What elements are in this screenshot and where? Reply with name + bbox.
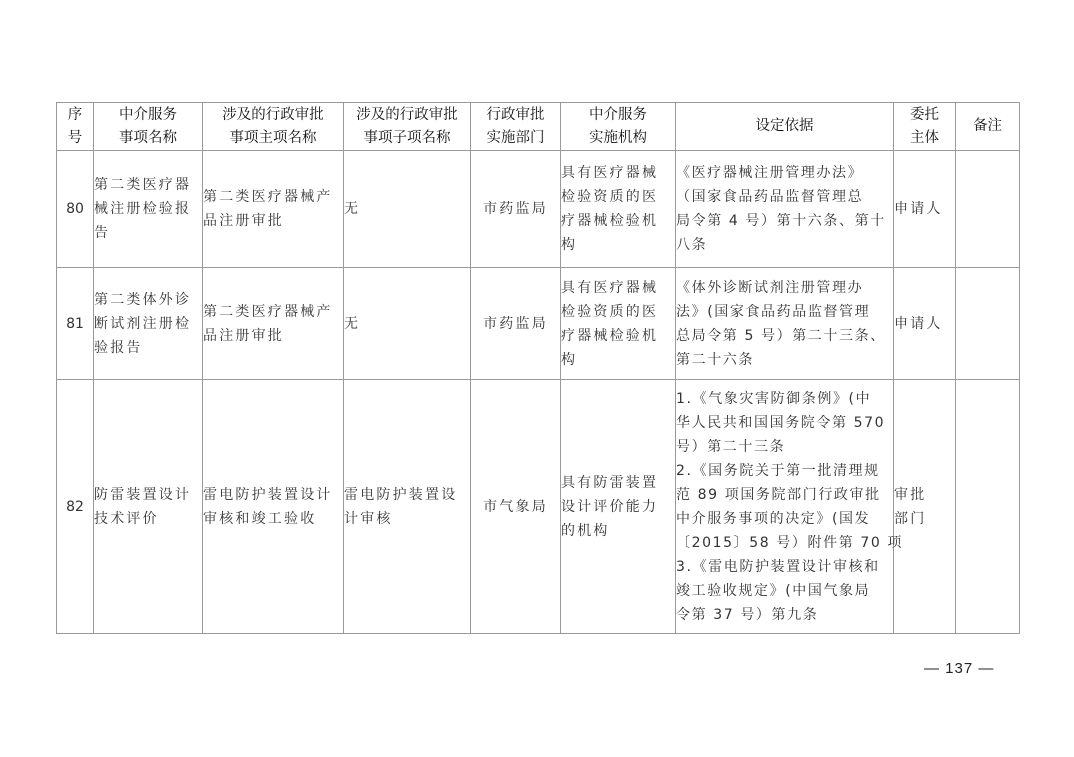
- cell-main-item: 第二类医疗器械产品注册审批: [203, 268, 344, 380]
- cell-text-line: 第二类体外诊: [94, 288, 202, 312]
- cell-basis: 《医疗器械注册管理办法》（国家食品药品监督管理总局令第 4 号）第十六条、第十八…: [676, 151, 894, 268]
- cell-sub-item: 无: [344, 268, 471, 380]
- header-agency: 中介服务实施机构: [561, 103, 676, 151]
- cell-text-line: 〔2015〕58 号）附件第 70 项: [676, 531, 893, 555]
- cell-basis: 1.《气象灾害防御条例》(中华人民共和国国务院令第 570号）第二十三条2.《国…: [676, 380, 894, 634]
- cell-basis: 《体外诊断试剂注册管理办法》(国家食品药品监督管理总局令第 5 号）第二十三条、…: [676, 268, 894, 380]
- cell-text-line: 八条: [676, 233, 893, 257]
- cell-text-line: 令第 37 号）第九条: [676, 603, 893, 627]
- cell-text-line: 雷电防护装置设: [344, 483, 470, 507]
- table-row: 81第二类体外诊断试剂注册检验报告第二类医疗器械产品注册审批无市药监局具有医疗器…: [57, 268, 1020, 380]
- cell-text-line: 验报告: [94, 336, 202, 360]
- cell-text-line: 市药监局: [471, 312, 560, 336]
- cell-service-name: 防雷装置设计技术评价: [94, 380, 203, 634]
- cell-entrust: 审批部门: [894, 380, 956, 634]
- header-text: 设定依据: [676, 115, 893, 138]
- header-text: 号: [57, 127, 93, 150]
- cell-text-line: 华人民共和国国务院令第 570: [676, 411, 893, 435]
- cell-text-line: 告: [94, 221, 202, 245]
- cell-text-line: 技术评价: [94, 507, 202, 531]
- cell-text-line: 疗器械检验机: [561, 209, 675, 233]
- cell-text-line: 设计评价能力: [561, 495, 675, 519]
- cell-text-line: 计审核: [344, 507, 470, 531]
- cell-text-line: 3.《雷电防护装置设计审核和: [676, 555, 893, 579]
- header-text: 行政审批: [471, 104, 560, 127]
- header-text: 主体: [894, 127, 955, 150]
- cell-agency: 具有医疗器械检验资质的医疗器械检验机构: [561, 151, 676, 268]
- header-text: 事项名称: [94, 127, 202, 150]
- cell-sub-item: 无: [344, 151, 471, 268]
- header-remark: 备注: [956, 103, 1020, 151]
- header-text: 事项子项名称: [344, 127, 470, 150]
- cell-text-line: 无: [344, 197, 470, 221]
- cell-text-line: 构: [561, 348, 675, 372]
- intermediary-services-table: 序号中介服务事项名称涉及的行政审批事项主项名称涉及的行政审批事项子项名称行政审批…: [56, 102, 1020, 634]
- header-text: 事项主项名称: [203, 127, 343, 150]
- cell-text-line: 第二类医疗器械产: [203, 185, 343, 209]
- cell-agency: 具有防雷装置设计评价能力的机构: [561, 380, 676, 634]
- header-text: 中介服务: [561, 104, 675, 127]
- table-row: 82防雷装置设计技术评价雷电防护装置设计审核和竣工验收雷电防护装置设计审核市气象…: [57, 380, 1020, 634]
- cell-text-line: 局令第 4 号）第十六条、第十: [676, 209, 893, 233]
- header-text: 涉及的行政审批: [344, 104, 470, 127]
- cell-text-line: 法》(国家食品药品监督管理: [676, 300, 893, 324]
- header-text: 中介服务: [94, 104, 202, 127]
- header-text: 实施部门: [471, 127, 560, 150]
- header-basis: 设定依据: [676, 103, 894, 151]
- cell-text-line: 申请人: [894, 312, 955, 336]
- cell-text-line: 《医疗器械注册管理办法》: [676, 161, 893, 185]
- table-header-row: 序号中介服务事项名称涉及的行政审批事项主项名称涉及的行政审批事项子项名称行政审批…: [57, 103, 1020, 151]
- cell-text-line: 第二类医疗器械产: [203, 300, 343, 324]
- header-text: 委托: [894, 104, 955, 127]
- table-row: 80第二类医疗器械注册检验报告第二类医疗器械产品注册审批无市药监局具有医疗器械检…: [57, 151, 1020, 268]
- cell-remark: [956, 268, 1020, 380]
- cell-text-line: 品注册审批: [203, 209, 343, 233]
- cell-seq: 81: [57, 268, 94, 380]
- cell-text-line: 第二类医疗器: [94, 173, 202, 197]
- header-text: 序: [57, 104, 93, 127]
- table-body: 80第二类医疗器械注册检验报告第二类医疗器械产品注册审批无市药监局具有医疗器械检…: [57, 151, 1020, 634]
- header-main-item: 涉及的行政审批事项主项名称: [203, 103, 344, 151]
- cell-text-line: 品注册审批: [203, 324, 343, 348]
- header-sub-item: 涉及的行政审批事项子项名称: [344, 103, 471, 151]
- cell-remark: [956, 380, 1020, 634]
- cell-entrust: 申请人: [894, 151, 956, 268]
- cell-text-line: 部门: [894, 507, 955, 531]
- header-text: 涉及的行政审批: [203, 104, 343, 127]
- header-department: 行政审批实施部门: [471, 103, 561, 151]
- cell-entrust: 申请人: [894, 268, 956, 380]
- header-service-name: 中介服务事项名称: [94, 103, 203, 151]
- cell-main-item: 第二类医疗器械产品注册审批: [203, 151, 344, 268]
- header-seq: 序号: [57, 103, 94, 151]
- cell-text-line: 检验资质的医: [561, 185, 675, 209]
- cell-text-line: 断试剂注册检: [94, 312, 202, 336]
- cell-text-line: 的机构: [561, 519, 675, 543]
- cell-text-line: 号）第二十三条: [676, 435, 893, 459]
- cell-text-line: 防雷装置设计: [94, 483, 202, 507]
- cell-text-line: 无: [344, 312, 470, 336]
- cell-sub-item: 雷电防护装置设计审核: [344, 380, 471, 634]
- cell-text-line: 具有防雷装置: [561, 471, 675, 495]
- header-text: 备注: [956, 115, 1019, 138]
- cell-department: 市气象局: [471, 380, 561, 634]
- page-number: — 137 —: [924, 660, 994, 677]
- document-page: 序号中介服务事项名称涉及的行政审批事项主项名称涉及的行政审批事项子项名称行政审批…: [0, 0, 1074, 757]
- cell-text-line: 疗器械检验机: [561, 324, 675, 348]
- cell-text-line: 2.《国务院关于第一批清理规: [676, 459, 893, 483]
- cell-department: 市药监局: [471, 151, 561, 268]
- cell-text-line: 审核和竣工验收: [203, 507, 343, 531]
- header-text: 实施机构: [561, 127, 675, 150]
- cell-service-name: 第二类体外诊断试剂注册检验报告: [94, 268, 203, 380]
- cell-text-line: 审批: [894, 483, 955, 507]
- cell-text-line: 中介服务事项的决定》(国发: [676, 507, 893, 531]
- cell-text-line: 《体外诊断试剂注册管理办: [676, 276, 893, 300]
- cell-text-line: 竣工验收规定》(中国气象局: [676, 579, 893, 603]
- cell-department: 市药监局: [471, 268, 561, 380]
- cell-main-item: 雷电防护装置设计审核和竣工验收: [203, 380, 344, 634]
- cell-text-line: 市气象局: [471, 495, 560, 519]
- cell-seq: 80: [57, 151, 94, 268]
- cell-text-line: 构: [561, 233, 675, 257]
- cell-seq: 82: [57, 380, 94, 634]
- cell-remark: [956, 151, 1020, 268]
- cell-text-line: 第二十六条: [676, 348, 893, 372]
- cell-agency: 具有医疗器械检验资质的医疗器械检验机构: [561, 268, 676, 380]
- cell-text-line: 总局令第 5 号）第二十三条、: [676, 324, 893, 348]
- cell-text-line: 具有医疗器械: [561, 161, 675, 185]
- cell-text-line: （国家食品药品监督管理总: [676, 185, 893, 209]
- cell-service-name: 第二类医疗器械注册检验报告: [94, 151, 203, 268]
- header-entrust: 委托主体: [894, 103, 956, 151]
- cell-text-line: 械注册检验报: [94, 197, 202, 221]
- cell-text-line: 具有医疗器械: [561, 276, 675, 300]
- cell-text-line: 1.《气象灾害防御条例》(中: [676, 387, 893, 411]
- cell-text-line: 申请人: [894, 197, 955, 221]
- cell-text-line: 市药监局: [471, 197, 560, 221]
- cell-text-line: 检验资质的医: [561, 300, 675, 324]
- cell-text-line: 雷电防护装置设计: [203, 483, 343, 507]
- cell-text-line: 范 89 项国务院部门行政审批: [676, 483, 893, 507]
